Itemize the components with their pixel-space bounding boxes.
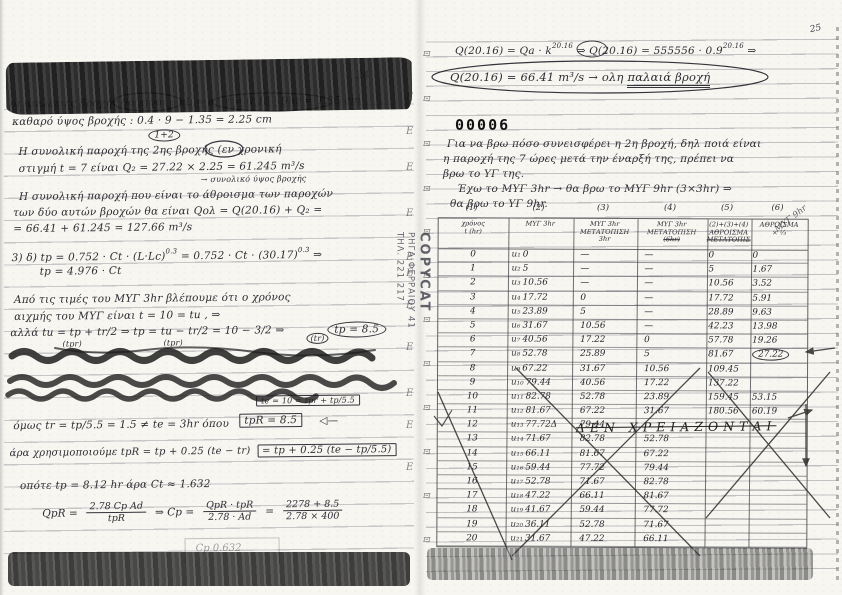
table-row: 10u₁₁82.7852.7823.89159.4553.15 — [438, 390, 807, 406]
header-cell: (2)+(3)+(4)ΑΘΡΟΙΣΜΑΜΕΤΑΤΟΠΙΣΗ — [707, 219, 751, 249]
cell-sum: 0 — [707, 249, 751, 262]
cell-myg3hr: u₅23.89 — [507, 305, 572, 318]
column-number: (2) — [506, 203, 571, 216]
cell-time: 15 — [438, 461, 507, 474]
cell-one-third: 13.98 — [750, 320, 807, 333]
cell-shift3hr: — — [572, 277, 636, 290]
cell-sum — [706, 476, 750, 489]
cell-time: 20 — [437, 532, 506, 545]
peak-line-c: αλλά tu = tp + tr/2 ⇒ tp = tu − tr/2 = 1… — [10, 324, 284, 339]
cell-one-third — [750, 462, 807, 475]
cell-time: 3 — [438, 291, 507, 304]
cell-shift3hr: 82.78 — [572, 433, 636, 446]
cell-myg3hr: u₈52.78 — [507, 348, 572, 361]
scanned-notebook-spread: 24 οι απώλειες βροχής θα είναι : hL = α … — [0, 0, 842, 595]
table-row: 6u₇40.5617.22057.7819.26 — [438, 333, 807, 349]
margin-mark: ΙΞΙ — [423, 95, 430, 103]
cell-time: 1 — [438, 262, 507, 275]
opote-line: οπότε tp = 8.12 hr άρα Ct ≈ 1.632 — [20, 478, 211, 492]
table-row: 1u₂5——51.67 — [438, 262, 807, 278]
margin-mark: ΙΞΙ — [423, 492, 430, 500]
cell-myg3hr: u₁0 — [508, 248, 573, 261]
table-row: 17u₁₈47.2266.1181.67 — [437, 489, 806, 505]
cell-time: 11 — [438, 404, 507, 417]
cell-one-third: 27.22 — [750, 349, 807, 362]
cell-time: 5 — [438, 319, 507, 332]
table-row: 15u₁₆59.4477.7279.44 — [438, 461, 807, 477]
cell-shift6hr: — — [636, 263, 706, 276]
cell-shift6hr: 71.67 — [635, 519, 705, 532]
cell-sum: 10.56 — [706, 278, 750, 291]
cell-shift6hr: 10.56 — [636, 363, 706, 376]
annotation-tpr-1: (tpr) — [62, 339, 81, 348]
cell-myg3hr: u₆31.67 — [507, 319, 572, 332]
snyder-result: tp = 4.976 · Ct — [40, 265, 122, 278]
cell-sum: 180.56 — [706, 405, 750, 418]
q2-line-b: στιγμή t = 7 είναι Q₂ = 27.22 × 2.25 = 6… — [19, 160, 305, 175]
cell-shift3hr: 25.89 — [572, 348, 636, 361]
ara-line: άρα χρησιμοποιούμε tpR = tp + 0.25 (te −… — [10, 444, 397, 459]
cell-shift3hr: 10.56 — [572, 320, 636, 333]
cell-sum: 28.89 — [706, 306, 750, 319]
snyder-equation: 3) δ) tp = 0.752 · Ct · (L·Lc)0.3 = 0.75… — [11, 246, 322, 264]
cell-time: 18 — [437, 504, 506, 517]
peak-line-a: Από τις τιμές του ΜΥΓ 3hr βλέπουμε ότι ο… — [14, 291, 291, 306]
table-row: 4u₅23.895—28.899.63 — [438, 305, 807, 321]
intro-line-1: Για να βρω πόσο συνεισφέρει η 2η βροχή, … — [447, 138, 761, 150]
cell-shift6hr: — — [637, 249, 707, 262]
cell-myg3hr: u₂5 — [507, 263, 572, 276]
table-row: 20u₂₁31.6747.2266.11 — [437, 532, 806, 548]
cell-sum — [706, 448, 750, 461]
cell-time: 4 — [438, 305, 507, 318]
tpr-boxed: tpR = 8.5 — [239, 413, 302, 428]
cell-sum: 17.72 — [706, 292, 750, 305]
q2016-equation: Q(20.16) = Qa · k20.16 ⇒ Q(20.16) = 5555… — [455, 42, 756, 57]
cell-shift3hr: 52.78 — [572, 391, 636, 404]
te-boxed-note: te = 10 = tpr + tp/5.5 — [256, 394, 360, 406]
cell-one-third — [749, 519, 806, 532]
annotation-tpr-2: (tpr) — [163, 338, 182, 347]
cell-time: 16 — [438, 475, 507, 488]
cell-myg3hr: u₁₆59.44 — [507, 461, 572, 474]
cell-sum: 137.22 — [706, 377, 750, 390]
scan-smudge-bottom-right — [427, 548, 813, 580]
cell-sum: 5 — [706, 264, 750, 277]
cell-shift3hr: 40.56 — [572, 376, 636, 389]
cell-sum — [705, 491, 749, 504]
q2016-result: Q(20.16) = 66.41 m³/s → ολη παλαιά βροχή — [450, 70, 710, 84]
margin-mark: Ε — [406, 462, 413, 473]
cell-time: 9 — [438, 376, 507, 389]
margin-mark: ΙΞΙ — [423, 185, 430, 193]
left-page-edge — [0, 0, 4, 595]
cell-time: 10 — [438, 390, 507, 403]
cell-shift3hr: 31.67 — [572, 362, 636, 375]
header-cell: ΜΥΓ 3hrΜΕΤΑΤΟΠΙΣΗ3hr — [573, 219, 637, 249]
scan-smudge-bottom-left — [8, 552, 410, 586]
cell-myg3hr: u₇40.56 — [507, 334, 572, 347]
table-row: 18u₁₉41.6759.4477.72 — [437, 504, 806, 520]
header-cell: ΜΥΓ 3hr — [508, 218, 573, 248]
total-line-b: των δύο αυτών βροχών θα είναι Qολ = Q(20… — [13, 204, 322, 219]
cell-sum — [705, 519, 749, 532]
cell-shift6hr: 79.44 — [636, 462, 706, 475]
cell-shift3hr: 17.22 — [572, 334, 636, 347]
tp-circled: tp = 8.5 — [327, 321, 386, 338]
cell-shift6hr: 81.67 — [635, 490, 705, 503]
cell-one-third: 5.91 — [750, 292, 807, 305]
cell-sum: 42.23 — [706, 320, 750, 333]
cell-shift3hr: 59.44 — [571, 504, 635, 517]
not-needed-note: ΔΕΝ ΧΡΕΙΑΖΟΝΤΑΙ — [576, 418, 777, 435]
cell-sum: 57.78 — [706, 334, 750, 347]
peak-line-b: αιχμής του ΜΥΓ είναι t = 10 = tu , ⇒ — [14, 309, 220, 323]
column-number: (5) — [705, 203, 749, 216]
column-number: (3) — [571, 203, 635, 216]
copy-shop-address: ΡΗΓΑ ΦΕΡΡΑΙΟΥ 41 — [405, 232, 416, 457]
cell-one-third — [749, 533, 806, 546]
copy-shop-name: COPYCAT — [415, 232, 431, 457]
cell-myg3hr: u₁₃77.72Δ — [507, 419, 572, 432]
cell-one-third — [750, 448, 807, 461]
q2-note: → συνολικό ύψος βροχής — [201, 174, 307, 184]
cell-sum — [705, 533, 749, 546]
cell-one-third: 3.52 — [750, 278, 807, 291]
cell-shift6hr: 0 — [636, 334, 706, 347]
back-arrow: ◁— — [319, 415, 338, 427]
table-row: 2u₃10.56——10.563.52 — [438, 277, 807, 293]
cell-myg3hr: u₁₅66.11 — [507, 447, 572, 460]
cell-shift6hr: 67.22 — [636, 448, 706, 461]
cell-time: 14 — [438, 447, 507, 460]
annotation-tr: (tr) — [306, 333, 328, 344]
table-row: 14u₁₅66.1181.6767.22 — [438, 447, 807, 463]
table-header: χρόνοςt (hr)ΜΥΓ 3hrΜΥΓ 3hrΜΕΤΑΤΟΠΙΣΗ3hrΜ… — [439, 218, 808, 250]
cell-sum: 159.45 — [706, 391, 750, 404]
cell-shift6hr: 77.72 — [635, 504, 705, 517]
cell-shift3hr: 77.72 — [572, 462, 636, 475]
cell-myg3hr: u₁₂81.67 — [507, 405, 572, 418]
cell-time: 13 — [438, 433, 507, 446]
copy-shop-stamp: COPYCAT ΡΗΓΑ ΦΕΡΡΑΙΟΥ 41 ΤΗΛ. 221 217 — [394, 232, 432, 457]
cell-shift6hr: — — [636, 320, 706, 333]
margin-mark: ΙΞΙ — [423, 536, 430, 544]
cell-shift6hr: 82.78 — [636, 476, 706, 489]
cell-time: 19 — [437, 518, 506, 531]
cell-myg3hr: u₂₁31.67 — [506, 532, 571, 545]
omos-line: όμως tr = tp/5.5 = 1.5 ≠ te = 3hr όπου — [13, 418, 229, 432]
table-row: 0u₁0——00 — [439, 248, 808, 264]
cell-myg3hr: u₃10.56 — [507, 277, 572, 290]
cell-shift3hr: 67.22 — [572, 405, 636, 418]
header-cell: ΑΘΡΟΙΣΜΑ× ⅓ — [751, 220, 808, 250]
cell-shift6hr: 5 — [636, 348, 706, 361]
qpr-fraction-2: QpR · tpR2.78 · Ad — [203, 500, 256, 524]
margin-mark: ΙΞΙ — [423, 50, 430, 58]
margin-mark: Ε — [406, 162, 413, 173]
margin-mark: Ε — [406, 126, 413, 137]
q2-line-a: Η συνολική παροχή της 2ης βροχής (εν χρο… — [18, 143, 281, 158]
serial-stamp: 00006 — [455, 116, 510, 134]
cell-shift3hr: — — [573, 249, 637, 262]
header-cell: ΜΥΓ 3hrΜΕΤΑΤΟΠΙΣΗ(6hr) — [637, 219, 707, 249]
cell-shift6hr: 52.78 — [636, 433, 706, 446]
cell-one-third — [749, 491, 806, 504]
cell-time: 0 — [439, 248, 508, 261]
cell-shift6hr: 31.67 — [636, 405, 706, 418]
cell-myg3hr: u₁₄71.67 — [507, 433, 572, 446]
table-column-numbers: (1)(2)(3)(4)(5)(6) — [437, 203, 806, 216]
hydrograph-table: χρόνοςt (hr)ΜΥΓ 3hrΜΥΓ 3hrΜΕΤΑΤΟΠΙΣΗ3hrΜ… — [436, 217, 808, 549]
margin-mark: ΙΞΙ — [423, 140, 430, 148]
cell-one-third: 0 — [751, 250, 808, 263]
cell-sum — [706, 462, 750, 475]
cell-myg3hr: u₁₀79.44 — [507, 376, 572, 389]
cell-myg3hr: u₂₀36.11 — [506, 518, 571, 531]
cell-shift6hr: — — [636, 292, 706, 305]
cell-myg3hr: u₉67.22 — [507, 362, 572, 375]
total-line-a: Η συνολική παροχή που είναι το άθροισμα … — [19, 188, 333, 203]
table-row: 3u₄17.720—17.725.91 — [438, 291, 807, 307]
table-row: 7u₈52.7825.89581.6727.22 — [438, 348, 807, 364]
cell-one-third: 1.67 — [750, 264, 807, 277]
table-row: 19u₂₀36.1152.7871.67 — [437, 518, 806, 534]
cell-one-third: 60.19 — [750, 406, 807, 419]
left-page: 24 οι απώλειες βροχής θα είναι : hL = α … — [0, 0, 420, 595]
cell-shift6hr: — — [636, 277, 706, 290]
column-number: (1) — [437, 203, 506, 216]
intro-line-4: Έχω το ΜΥΓ 3hr → θα βρω το ΜΥΓ 9hr (3×3h… — [457, 183, 732, 195]
cell-myg3hr: u₁₁82.78 — [507, 390, 572, 403]
cell-shift3hr: 71.67 — [572, 476, 636, 489]
cell-shift6hr: 23.89 — [636, 391, 706, 404]
intro-line-2: η παροχή της 7 ώρες μετά την έναρξή της,… — [443, 153, 734, 165]
column-number: (4) — [635, 203, 705, 216]
intro-line-3: βρω το ΥΓ της. — [443, 168, 524, 180]
cell-one-third — [750, 377, 807, 390]
cell-one-third: 19.26 — [750, 335, 807, 348]
cell-one-third — [750, 363, 807, 376]
table-row: 13u₁₄71.6782.7852.78 — [438, 433, 807, 449]
cell-time: 2 — [438, 277, 507, 290]
qpr-fraction-3: 2278 + 8.52.78 × 400 — [283, 499, 343, 523]
circled-sum: 1+2 — [148, 129, 180, 141]
cell-shift3hr: — — [572, 263, 636, 276]
column-number: (6) — [749, 203, 806, 216]
header-cell: χρόνοςt (hr) — [439, 218, 508, 248]
qpr-equation: QpR = 2.78 Cp AdtpR ⇒ Cp = QpR · tpR2.78… — [42, 499, 342, 525]
copy-shop-phone: ΤΗΛ. 221 217 — [394, 232, 405, 457]
table-body: 0u₁0——001u₂5——51.672u₃10.56——10.563.523u… — [437, 248, 807, 548]
table-row: 9u₁₀79.4440.5617.22137.22 — [438, 376, 807, 392]
cell-shift3hr: 66.11 — [571, 490, 635, 503]
cell-shift6hr: 66.11 — [635, 533, 705, 546]
cell-time: 8 — [438, 362, 507, 375]
cell-shift3hr: 52.78 — [571, 518, 635, 531]
cell-shift3hr: 81.67 — [572, 447, 636, 460]
cell-one-third — [750, 477, 807, 490]
cell-sum — [705, 505, 749, 518]
cell-one-third: 53.15 — [750, 391, 807, 404]
cell-myg3hr: u₁₇52.78 — [507, 475, 572, 488]
cell-myg3hr: u₄17.72 — [507, 291, 572, 304]
table-row: 16u₁₇52.7871.6782.78 — [438, 475, 807, 491]
cell-sum: 109.45 — [706, 363, 750, 376]
cell-shift6hr: 17.22 — [636, 377, 706, 390]
cell-one-third — [749, 505, 806, 518]
cell-time: 12 — [438, 418, 507, 431]
cell-myg3hr: u₁₈47.22 — [506, 490, 571, 503]
cell-shift3hr: 47.22 — [571, 533, 635, 546]
cell-one-third — [750, 434, 807, 447]
table-row: 8u₉67.2231.6710.56109.45 — [438, 362, 807, 378]
margin-mark: Ε — [406, 208, 413, 219]
cell-myg3hr: u₁₉41.67 — [506, 504, 571, 517]
cell-time: 6 — [438, 333, 507, 346]
scan-smudge-top — [6, 57, 413, 115]
cell-sum: 81.67 — [706, 349, 750, 362]
qpr-fraction-1: 2.78 Cp AdtpR — [87, 501, 147, 525]
cell-time: 17 — [437, 489, 506, 502]
total-line-c: = 66.41 + 61.245 = 127.66 m³/s — [13, 221, 192, 235]
cell-shift3hr: 0 — [572, 291, 636, 304]
cell-shift6hr: — — [636, 306, 706, 319]
table-row: 5u₆31.6710.56—42.2313.98 — [438, 319, 807, 335]
cell-sum — [706, 434, 750, 447]
cell-shift3hr: 5 — [572, 306, 636, 319]
perforation-dots — [836, 25, 839, 580]
cell-time: 7 — [438, 348, 507, 361]
net-height-line: καθαρό ύψος βροχής : 0.4 · 9 − 1.35 = 2.… — [12, 113, 272, 128]
cell-one-third: 9.63 — [750, 306, 807, 319]
